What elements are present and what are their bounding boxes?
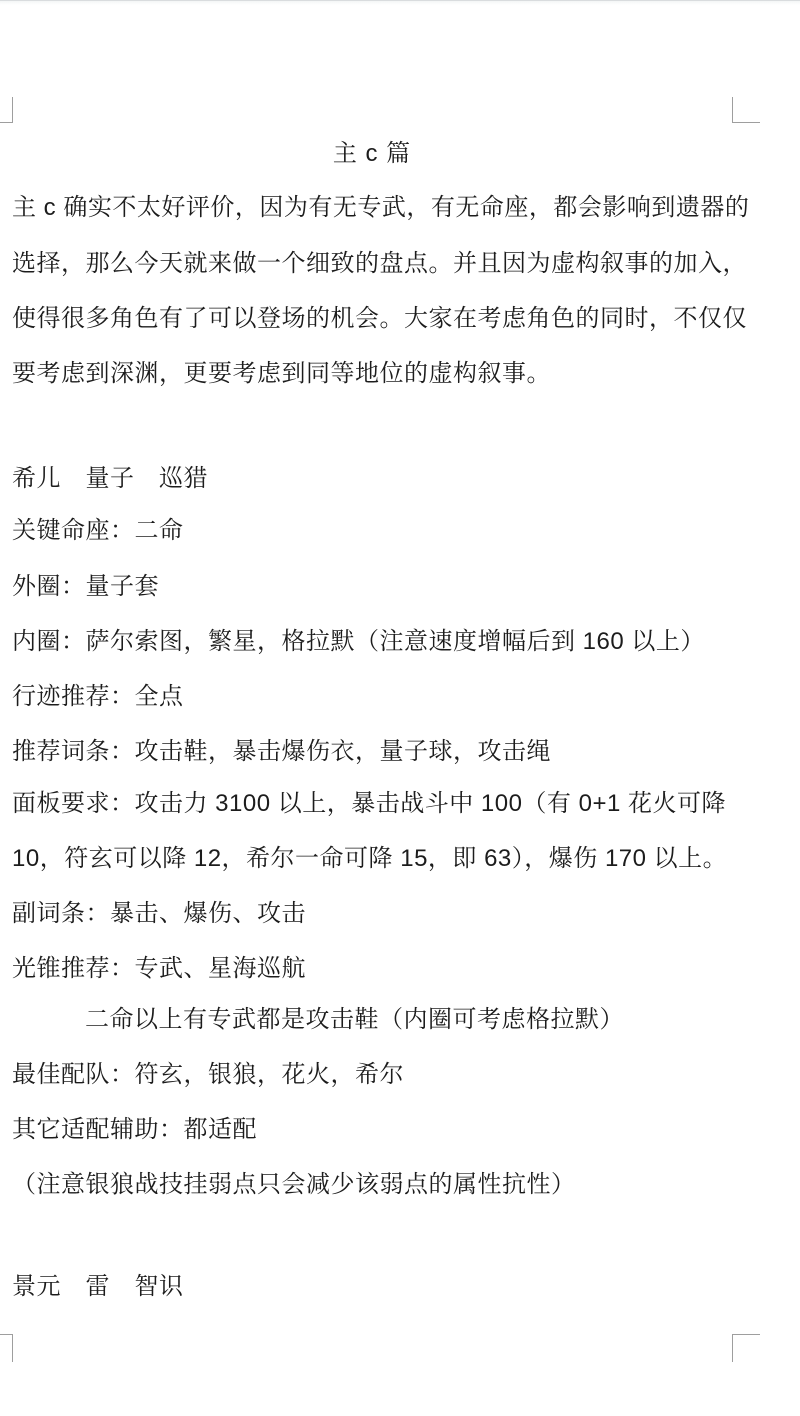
line-key-eidolon: 关键命座：二命 (12, 503, 732, 558)
line-inner-set: 内圈：萨尔索图，繁星，格拉默（注意速度增幅后到 160 以上） (12, 614, 732, 669)
line-sub-stats: 副词条：暴击、爆伤、攻击 (12, 886, 732, 941)
intro-paragraph-line: 要考虑到深渊，更要考虑到同等地位的虚构叙事。 (12, 346, 732, 401)
line-best-team: 最佳配队：符玄，银狼，花火，希尔 (12, 1047, 732, 1102)
page-top-edge-fade (0, 1, 800, 5)
line-traces: 行迹推荐：全点 (12, 669, 732, 724)
page-title: 主 c 篇 (12, 126, 732, 181)
line-indented-note: 二命以上有专武都是攻击鞋（内圈可考虑格拉默） (12, 992, 732, 1047)
line-silver-wolf-note: （注意银狼战技挂弱点只会减少该弱点的属性抗性） (12, 1157, 732, 1212)
line-panel-requirements-2: 10，符玄可以降 12，希尔一命可降 15，即 63），爆伤 170 以上。 (12, 831, 732, 886)
line-panel-requirements-1: 面板要求：攻击力 3100 以上，暴击战斗中 100（有 0+1 花火可降 (12, 776, 732, 831)
intro-paragraph-line: 主 c 确实不太好评价，因为有无专武，有无命座，都会影响到遗器的 (12, 180, 732, 235)
intro-paragraph-line: 选择，那么今天就来做一个细致的盘点。并且因为虚构叙事的加入， (12, 236, 732, 291)
crop-mark-bottom-right (732, 1334, 760, 1362)
line-light-cone: 光锥推荐：专武、星海巡航 (12, 941, 732, 996)
intro-paragraph-line: 使得很多角色有了可以登场的机会。大家在考虑角色的同时，不仅仅 (12, 291, 732, 346)
line-other-supports: 其它适配辅助：都适配 (12, 1102, 732, 1157)
crop-mark-bottom-left (0, 1334, 13, 1362)
section-heading-jingyuan: 景元 雷 智识 (12, 1259, 732, 1314)
section-heading-seele: 希儿 量子 巡猎 (12, 451, 732, 506)
crop-mark-top-left (0, 97, 13, 123)
document-page: 主 c 篇 主 c 确实不太好评价，因为有无专武，有无命座，都会影响到遗器的 选… (0, 0, 800, 1416)
line-outer-set: 外圈：量子套 (12, 559, 732, 614)
crop-mark-top-right (732, 97, 760, 123)
line-main-stats: 推荐词条：攻击鞋，暴击爆伤衣，量子球，攻击绳 (12, 724, 732, 779)
